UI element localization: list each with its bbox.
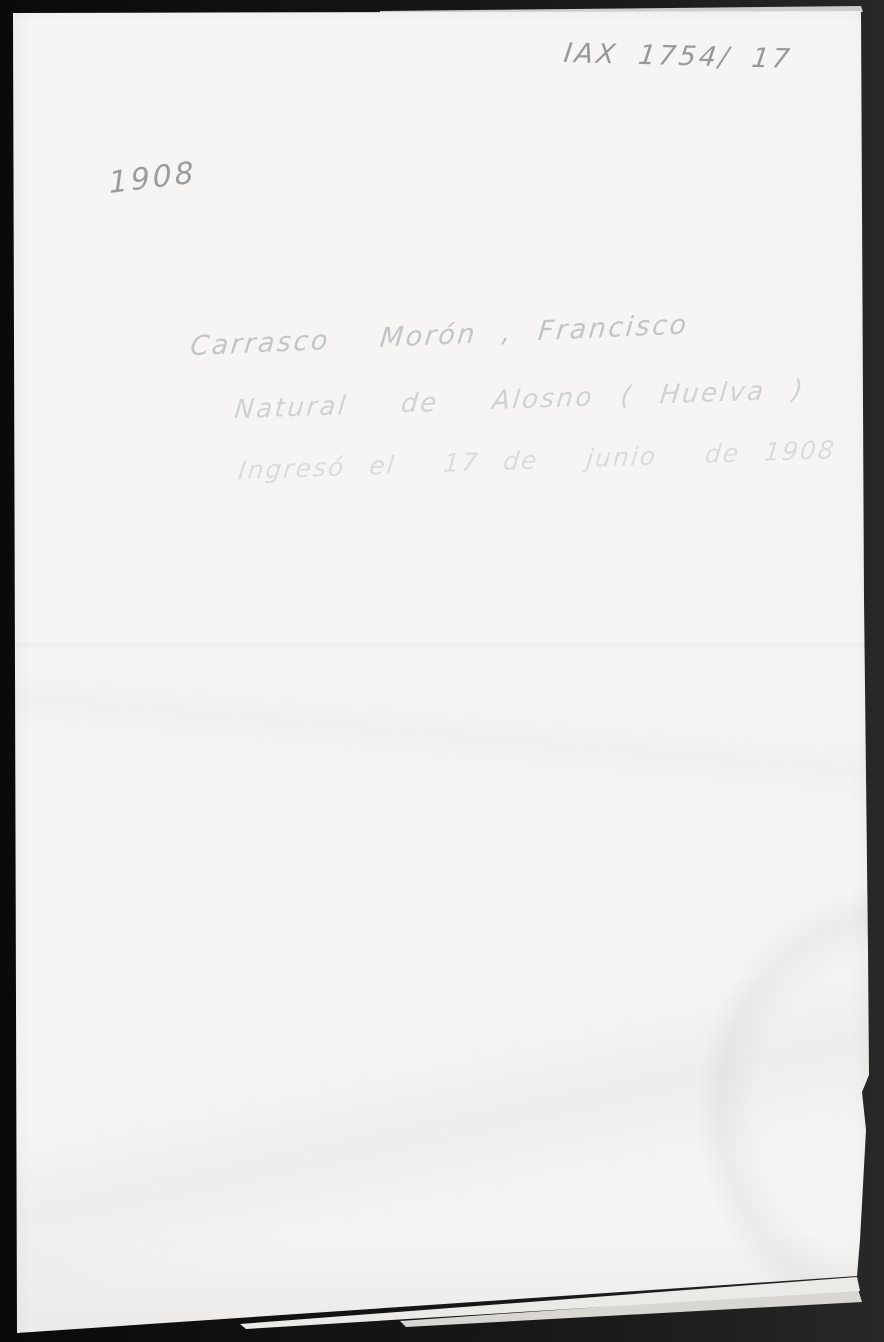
paper-sheet [0, 0, 884, 1342]
document-scan: IAX 1754/ 17 1908 Carrasco Morón , Franc… [0, 0, 884, 1342]
